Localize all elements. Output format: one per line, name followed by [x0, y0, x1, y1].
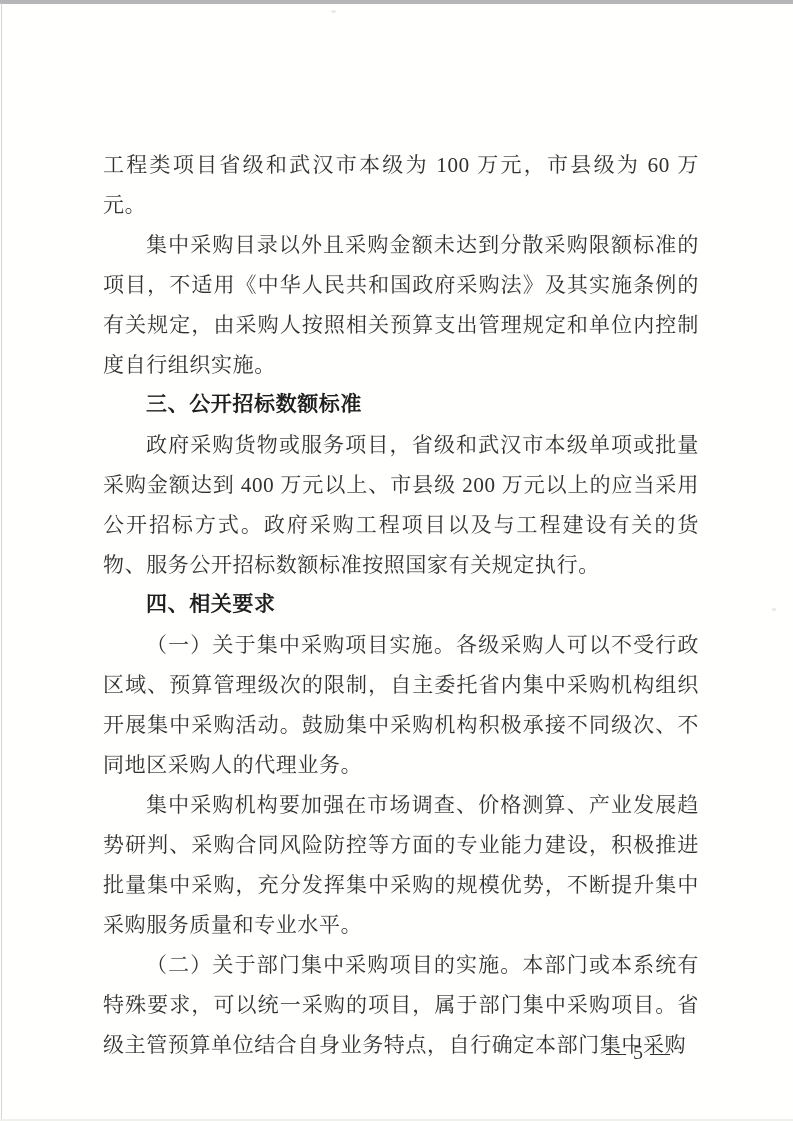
document-text-block: 工程类项目省级和武汉市本级为 100 万元，市县级为 60 万元。 集中采购目录…: [103, 145, 699, 1065]
scan-smudge: [772, 608, 776, 611]
scan-edge-top: [0, 0, 793, 4]
scan-smudge: [331, 10, 336, 13]
section-heading-related-requirements: 四、相关要求: [103, 585, 699, 625]
paragraph-continuation: 工程类项目省级和武汉市本级为 100 万元，市县级为 60 万元。: [103, 145, 699, 225]
page-number: — 5 —: [606, 1040, 671, 1066]
scan-edge-left: [1, 3, 2, 1121]
paragraph-centralized-agency-capability: 集中采购机构要加强在市场调查、价格测算、产业发展趋势研判、采购合同风险防控等方面…: [103, 785, 699, 945]
section-heading-open-tender-threshold: 三、公开招标数额标准: [103, 385, 699, 425]
paragraph-item-1-centralized-procurement: （一）关于集中采购项目实施。各级采购人可以不受行政区域、预算管理级次的限制，自主…: [103, 625, 699, 785]
paragraph-open-tender-threshold: 政府采购货物或服务项目，省级和武汉市本级单项或批量采购金额达到 400 万元以上…: [103, 425, 699, 585]
paragraph-decentralized-procurement: 集中采购目录以外且采购金额未达到分散采购限额标准的项目，不适用《中华人民共和国政…: [103, 225, 699, 385]
document-page: { "document": { "body": [ { "type": "con…: [0, 0, 793, 1121]
